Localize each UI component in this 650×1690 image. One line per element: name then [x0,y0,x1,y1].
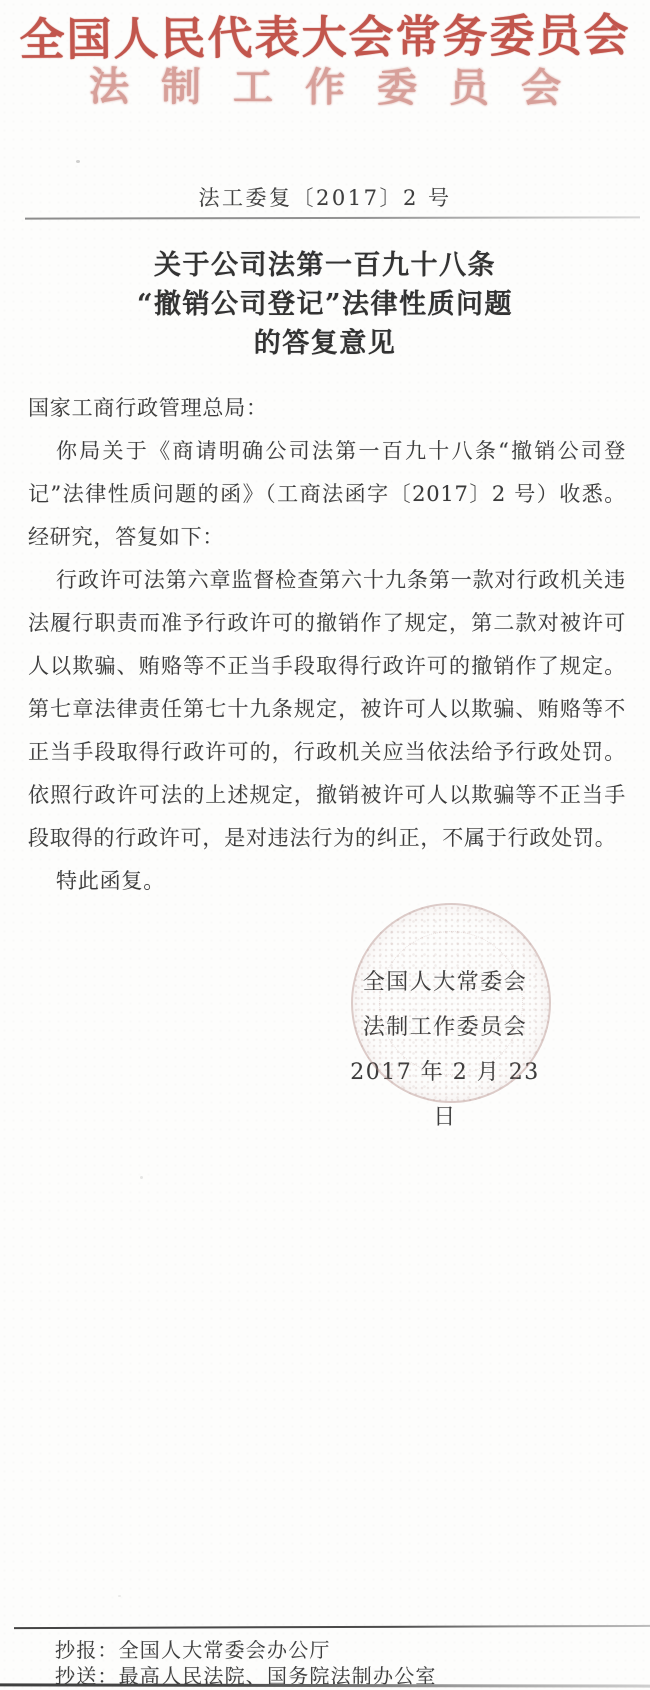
scan-speckle [140,1176,143,1179]
document-title: 关于公司法第一百九十八条 “撤销公司登记”法律性质问题 的答复意见 [0,246,650,363]
footer-separator-rule-top [14,1625,650,1629]
body-paragraph-2: 行政许可法第六章监督检查第六十九条第一款对行政机关违法履行职责而准予行政许可的撤… [28,559,626,860]
letterhead-org-name-line2: 法制工作委员会 [0,55,650,114]
scan-speckle [118,1595,121,1597]
signature-org-line1: 全国人大常委会 [335,960,555,1005]
document-title-line1: 关于公司法第一百九十八条 [0,246,650,285]
document-body: 国家工商行政管理总局： 你局关于《商请明确公司法第一百九十八条“撤销公司登记”法… [28,387,626,903]
salutation: 国家工商行政管理总局： [28,387,626,430]
scan-speckle [76,160,80,163]
signature-block: 全国人大常委会 法制工作委员会 2017 年 2 月 23 日 [335,960,555,1140]
body-paragraph-1: 你局关于《商请明确公司法第一百九十八条“撤销公司登记”法律性质问题的函》（工商法… [28,430,626,559]
footer-copy-report: 抄报：全国人大常委会办公厅 [55,1634,331,1663]
signature-date: 2017 年 2 月 23 日 [335,1050,555,1140]
document-title-line3: 的答复意见 [0,324,650,363]
scanned-official-document: 全国人民代表大会常务委员会 法制工作委员会 法工委复〔2017〕2 号 关于公司… [0,0,650,1690]
header-separator-rule [25,216,640,219]
document-reference-number: 法工委复〔2017〕2 号 [0,182,650,212]
document-title-line2: “撤销公司登记”法律性质问题 [0,285,650,324]
signature-org-line2: 法制工作委员会 [335,1005,555,1050]
body-paragraph-closing: 特此函复。 [28,860,626,903]
